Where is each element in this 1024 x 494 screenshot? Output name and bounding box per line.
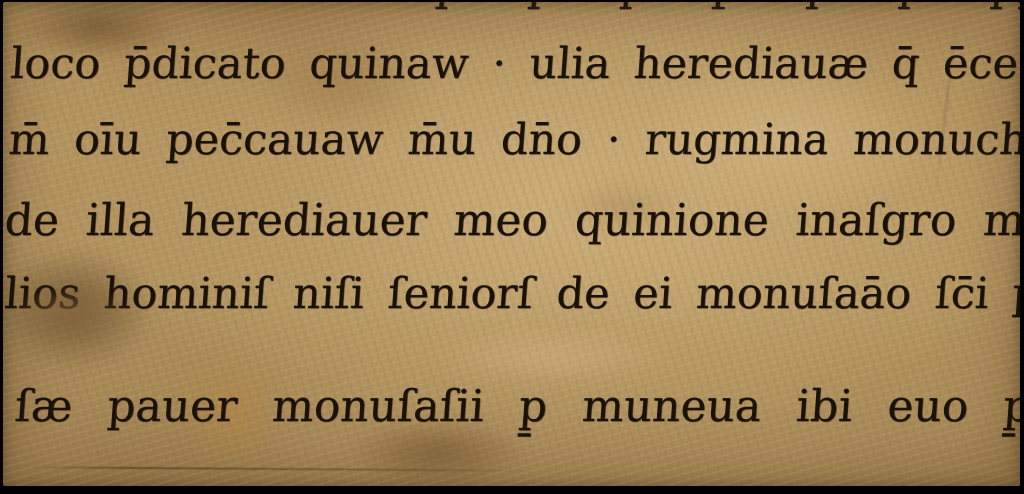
manuscript-photo: ı ì ı ſ ı ì ıı ì ſ loco p̄dicato quinaw … <box>0 0 1024 494</box>
cut-off-line-fragment: ı ì ı ſ ı ì ıı ì ſ <box>433 2 1020 21</box>
manuscript-line-1: loco p̄dicato quinaw · ulia herediauæ q̄… <box>9 40 1020 89</box>
manuscript-line-5: ſæ pauer monuſaſii p̱ muneua ibi euo p̱ … <box>13 382 1020 433</box>
parchment-background: ı ì ı ſ ı ì ıı ì ſ loco p̄dicato quinaw … <box>3 2 1020 486</box>
manuscript-line-4: lios hominiſ niſi ſeniorſ de ei monuſaāo… <box>3 270 1020 319</box>
ink-fade-smudge <box>11 284 131 336</box>
manuscript-line-2: m̄ oīu pec̄cauaw m̄u dn̄o · rugmina monu… <box>7 116 1020 165</box>
manuscript-line-3: de illa herediauer meo quinione inaſgro … <box>3 196 1020 247</box>
light-patch-middle <box>418 327 683 389</box>
